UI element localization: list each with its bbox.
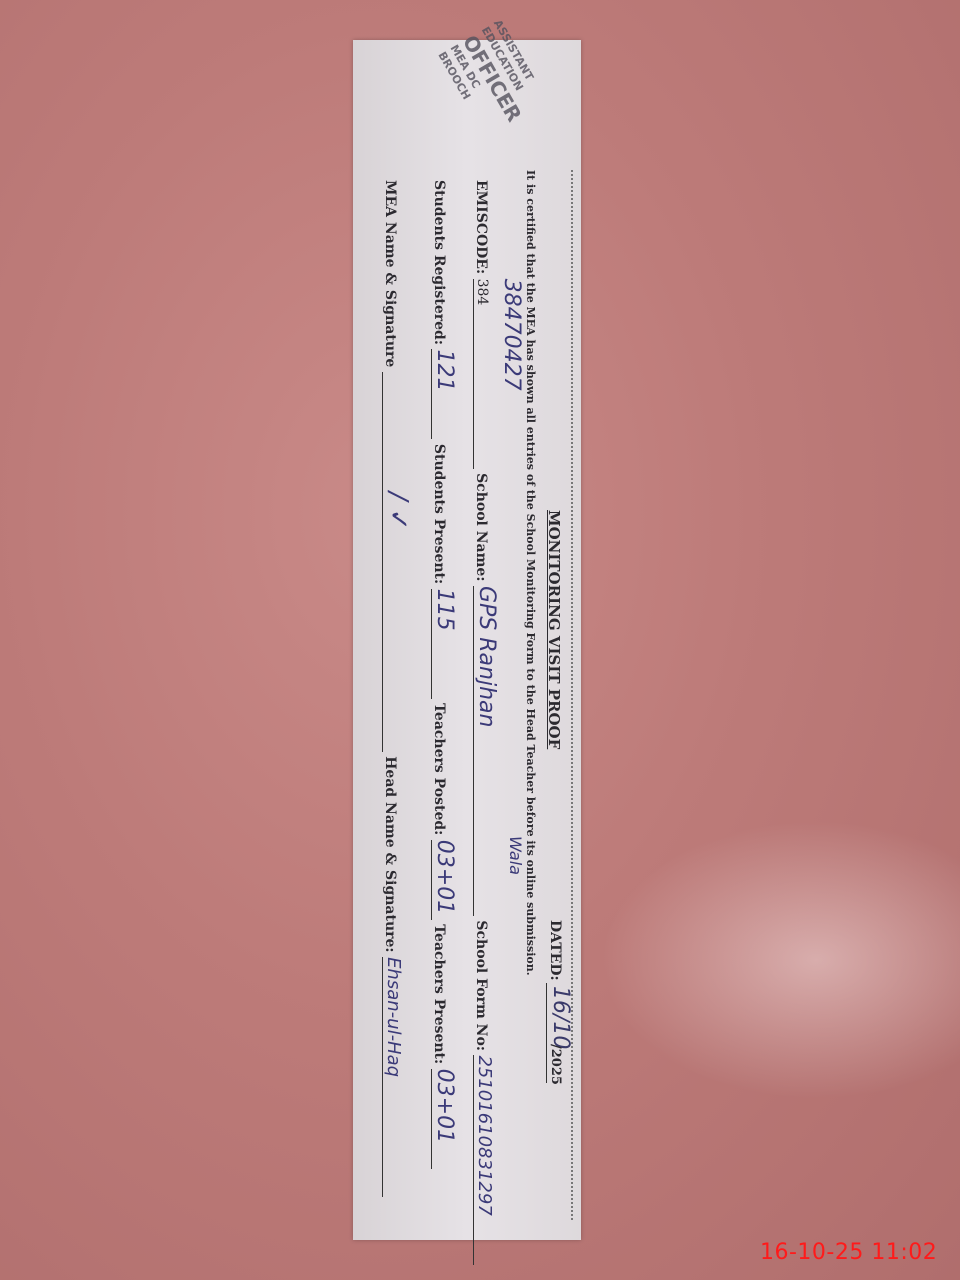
certification-text: It is certified that the MEA has shown a…	[524, 170, 537, 976]
row-counts: Students Registered: 121 Students Presen…	[431, 180, 457, 1169]
mea-signature-label: MEA Name & Signature	[382, 180, 398, 367]
emiscode-printed: 384	[474, 279, 490, 306]
school-form-no-label: School Form No:	[473, 920, 489, 1051]
head-signature-value: Ehsan-ul-Haq	[383, 957, 404, 1077]
dated-value: 16/10	[548, 986, 573, 1049]
dated-underline	[546, 983, 547, 1083]
school-name-value: GPS Ranjhan	[474, 586, 499, 727]
students-present-label: Students Present:	[431, 444, 447, 584]
dated-year: /2025	[548, 1044, 563, 1085]
teachers-present-value: 03+01	[432, 1069, 457, 1143]
plastic-reflection	[600, 820, 960, 1100]
teachers-present-label: Teachers Present:	[431, 924, 447, 1064]
teachers-present-field: 03+01	[431, 1069, 457, 1169]
head-signature-field: Ehsan-ul-Haq	[382, 957, 404, 1197]
dated-label: DATED:	[547, 920, 563, 981]
students-registered-label: Students Registered:	[431, 180, 447, 345]
mea-signature-field: / ✓	[382, 372, 413, 752]
row-signatures: MEA Name & Signature / ✓ Head Name & Sig…	[382, 180, 413, 1197]
school-name-field: GPS Ranjhan Wala	[473, 586, 499, 916]
slip-content: MONITORING VISIT PROOF DATED: 16/10 /202…	[353, 40, 581, 1240]
head-signature-label: Head Name & Signature:	[382, 756, 398, 952]
emiscode-handwritten: 38470427	[499, 279, 524, 391]
monitoring-visit-slip: MONITORING VISIT PROOF DATED: 16/10 /202…	[353, 40, 581, 1240]
school-name-extra: Wala	[506, 836, 525, 875]
teachers-posted-value: 03+01	[432, 840, 457, 914]
students-present-value: 115	[432, 589, 457, 631]
school-name-label: School Name:	[473, 473, 489, 581]
emiscode-field: 384 38470427	[473, 279, 490, 469]
students-registered-field: 121	[431, 349, 457, 439]
students-registered-value: 121	[432, 349, 457, 391]
school-form-no-field: 25101610831297	[473, 1055, 495, 1265]
mea-signature-mark: / ✓	[383, 372, 413, 531]
teachers-posted-label: Teachers Posted:	[431, 703, 447, 835]
teachers-posted-field: 03+01	[431, 840, 457, 920]
row-emiscode: EMISCODE: 384 38470427 School Name: GPS …	[473, 180, 499, 1265]
school-form-no-value: 25101610831297	[474, 1055, 495, 1215]
emiscode-label: EMISCODE:	[473, 180, 489, 274]
students-present-field: 115	[431, 589, 457, 699]
camera-timestamp: 16-10-25 11:02	[760, 1240, 937, 1265]
document-title: MONITORING VISIT PROOF	[545, 510, 563, 749]
perforation-line	[571, 170, 573, 1220]
